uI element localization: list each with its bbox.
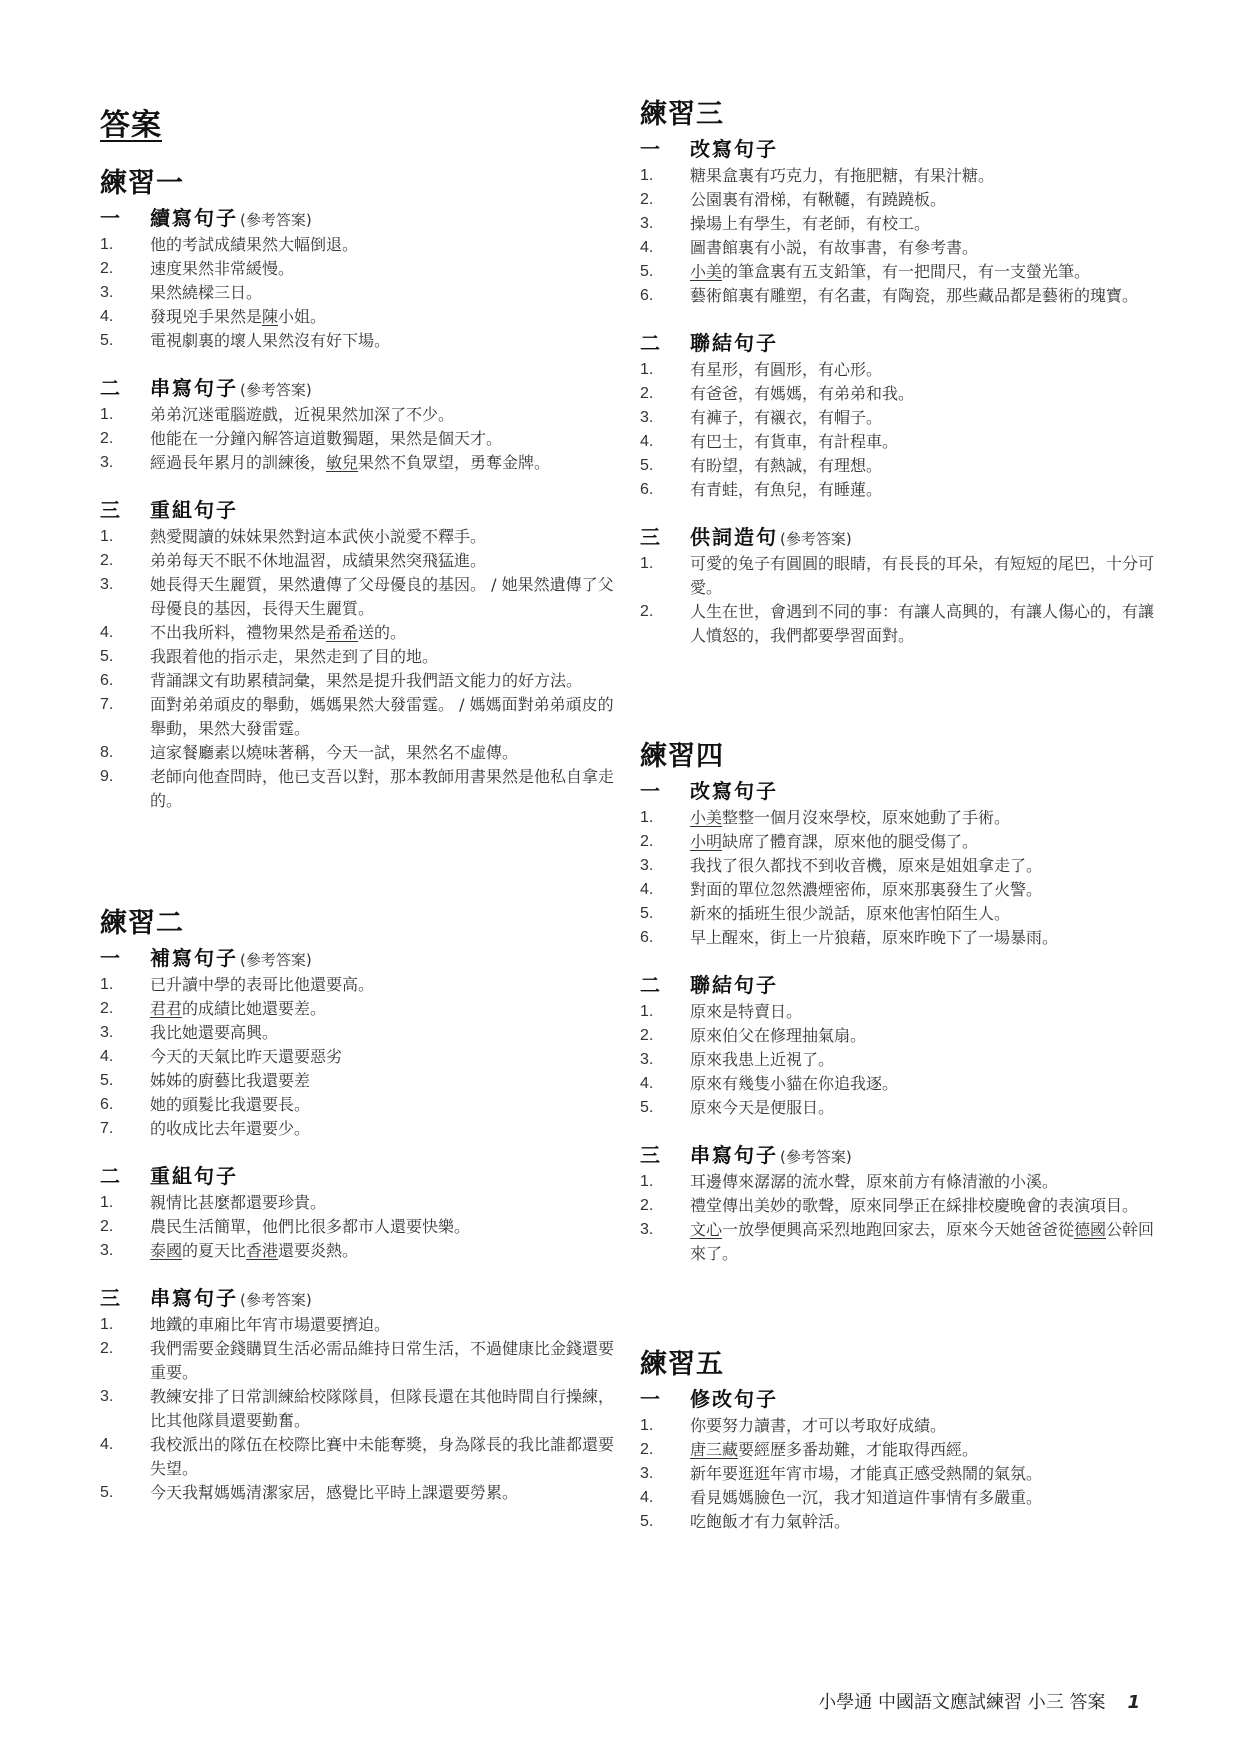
exercise-1: 練習一一續寫句子(參考答案)1.他的考試成績果然大幅倒退。2.速度果然非常緩慢。… bbox=[100, 165, 620, 813]
item-text: 背誦課文有助累積詞彙，果然是提升我們語文能力的好方法。 bbox=[150, 669, 620, 693]
item-text: 有青蛙，有魚兒，有睡蓮。 bbox=[690, 478, 1160, 502]
section: 一修改句子1.你要努力讀書，才可以考取好成績。2.唐三藏要經歷多番劫難，才能取得… bbox=[640, 1384, 1160, 1534]
answer-item: 3.果然繞樑三日。 bbox=[100, 281, 620, 305]
item-number: 6. bbox=[640, 478, 690, 502]
section-title: 聯結句子 bbox=[690, 970, 778, 1000]
item-text: 對面的單位忽然濃煙密佈，原來那裏發生了火警。 bbox=[690, 878, 1160, 902]
answer-item: 2.公園裏有滑梯，有鞦韆，有蹺蹺板。 bbox=[640, 188, 1160, 212]
item-number: 8. bbox=[100, 741, 150, 765]
answer-item: 2.君君的成績比她還要差。 bbox=[100, 997, 620, 1021]
exercise-title: 練習四 bbox=[640, 738, 1160, 776]
item-number: 4. bbox=[100, 305, 150, 329]
item-number: 3. bbox=[640, 854, 690, 878]
item-text: 我找了很久都找不到收音機，原來是姐姐拿走了。 bbox=[690, 854, 1160, 878]
answer-item: 4.我校派出的隊伍在校際比賽中未能奪獎，身為隊長的我比誰都還要失望。 bbox=[100, 1433, 620, 1481]
section-title: 串寫句子 bbox=[690, 1140, 778, 1170]
section: 一改寫句子1.小美整整一個月沒來學校，原來她動了手術。2.小明缺席了體育課，原來… bbox=[640, 776, 1160, 950]
item-text: 弟弟沉迷電腦遊戲，近視果然加深了不少。 bbox=[150, 403, 620, 427]
answer-item: 1.你要努力讀書，才可以考取好成績。 bbox=[640, 1414, 1160, 1438]
section-heading: 三重組句子 bbox=[100, 495, 620, 525]
item-number: 3. bbox=[640, 406, 690, 430]
answer-item: 6.早上醒來，街上一片狼藉，原來昨晚下了一場暴雨。 bbox=[640, 926, 1160, 950]
item-number: 2. bbox=[640, 1438, 690, 1462]
answer-item: 3.文心一放學便興高采烈地跑回家去，原來今天她爸爸從德國公幹回來了。 bbox=[640, 1218, 1160, 1266]
page-footer: 小學通 中國語文應試練習 小三 答案1 bbox=[760, 1688, 1140, 1714]
section-note: (參考答案) bbox=[780, 1142, 852, 1172]
exercise-3: 練習三一改寫句子1.糖果盒裏有巧克力，有拖肥糖，有果汁糖。2.公園裏有滑梯，有鞦… bbox=[640, 96, 1160, 648]
answer-item: 3.新年要逛逛年宵市場，才能真正感受熱鬧的氣氛。 bbox=[640, 1462, 1160, 1486]
section-title: 聯結句子 bbox=[690, 328, 778, 358]
section-note: (參考答案) bbox=[240, 1285, 312, 1315]
section-number: 三 bbox=[640, 1140, 690, 1170]
proper-noun: 唐三藏 bbox=[690, 1440, 738, 1459]
section-gap bbox=[100, 1263, 620, 1283]
item-text: 新來的插班生很少説話，原來他害怕陌生人。 bbox=[690, 902, 1160, 926]
item-text: 公園裏有滑梯，有鞦韆，有蹺蹺板。 bbox=[690, 188, 1160, 212]
section-title: 串寫句子 bbox=[150, 1283, 238, 1313]
item-number: 1. bbox=[640, 1170, 690, 1194]
section-gap bbox=[640, 308, 1160, 328]
answer-item: 1.原來是特賣日。 bbox=[640, 1000, 1160, 1024]
item-text: 操場上有學生，有老師，有校工。 bbox=[690, 212, 1160, 236]
section-number: 三 bbox=[640, 522, 690, 552]
answer-item: 1.可愛的兔子有圓圓的眼睛，有長長的耳朵，有短短的尾巴，十分可愛。 bbox=[640, 552, 1160, 600]
proper-noun: 敏兒 bbox=[326, 453, 358, 472]
section-number: 一 bbox=[100, 203, 150, 233]
item-text: 君君的成績比她還要差。 bbox=[150, 997, 620, 1021]
answer-item: 3.有褲子，有襯衣，有帽子。 bbox=[640, 406, 1160, 430]
section: 三重組句子1.熱愛閱讀的妹妹果然對這本武俠小説愛不釋手。2.弟弟每天不眠不休地温… bbox=[100, 495, 620, 813]
section: 二串寫句子(參考答案)1.弟弟沉迷電腦遊戲，近視果然加深了不少。2.他能在一分鐘… bbox=[100, 373, 620, 475]
answer-item: 1.弟弟沉迷電腦遊戲，近視果然加深了不少。 bbox=[100, 403, 620, 427]
item-number: 3. bbox=[100, 451, 150, 475]
answer-item: 4.今天的天氣比昨天還要惡劣 bbox=[100, 1045, 620, 1069]
item-number: 5. bbox=[100, 645, 150, 669]
proper-noun: 德國 bbox=[1074, 1220, 1106, 1239]
item-number: 5. bbox=[100, 1069, 150, 1093]
answer-item: 2.小明缺席了體育課，原來他的腿受傷了。 bbox=[640, 830, 1160, 854]
answer-item: 2.速度果然非常緩慢。 bbox=[100, 257, 620, 281]
item-text: 有盼望，有熱誠，有理想。 bbox=[690, 454, 1160, 478]
item-text: 我跟着他的指示走，果然走到了目的地。 bbox=[150, 645, 620, 669]
answer-item: 1.耳邊傳來潺潺的流水聲，原來前方有條清澈的小溪。 bbox=[640, 1170, 1160, 1194]
item-number: 5. bbox=[640, 902, 690, 926]
section-heading: 二聯結句子 bbox=[640, 970, 1160, 1000]
item-text: 面對弟弟頑皮的舉動，媽媽果然大發雷霆。 / 媽媽面對弟弟頑皮的舉動，果然大發雷霆… bbox=[150, 693, 620, 741]
section-title: 改寫句子 bbox=[690, 134, 778, 164]
answer-item: 4.圖書館裏有小説，有故事書，有參考書。 bbox=[640, 236, 1160, 260]
section-heading: 三串寫句子(參考答案) bbox=[640, 1140, 1160, 1170]
item-text: 熱愛閱讀的妹妹果然對這本武俠小説愛不釋手。 bbox=[150, 525, 620, 549]
item-number: 4. bbox=[100, 1045, 150, 1069]
item-text: 地鐵的車廂比年宵市場還要擠迫。 bbox=[150, 1313, 620, 1337]
item-text: 藝術館裏有雕塑，有名畫，有陶瓷，那些藏品都是藝術的瑰寶。 bbox=[690, 284, 1160, 308]
answer-item: 2.原來伯父在修理抽氣扇。 bbox=[640, 1024, 1160, 1048]
item-number: 2. bbox=[640, 1194, 690, 1218]
exercise-title: 練習二 bbox=[100, 905, 620, 943]
proper-noun: 希希 bbox=[326, 623, 358, 642]
item-text: 早上醒來，街上一片狼藉，原來昨晚下了一場暴雨。 bbox=[690, 926, 1160, 950]
item-text: 他的考試成績果然大幅倒退。 bbox=[150, 233, 620, 257]
exercise-5: 練習五一修改句子1.你要努力讀書，才可以考取好成績。2.唐三藏要經歷多番劫難，才… bbox=[640, 1346, 1160, 1534]
exercise-2: 練習二一補寫句子(參考答案)1.已升讀中學的表哥比他還要高。2.君君的成績比她還… bbox=[100, 905, 620, 1505]
item-number: 4. bbox=[640, 1486, 690, 1510]
answer-item: 3.我比她還要高興。 bbox=[100, 1021, 620, 1045]
item-text: 農民生活簡單，他們比很多都市人還要快樂。 bbox=[150, 1215, 620, 1239]
section-note: (參考答案) bbox=[240, 375, 312, 405]
answer-item: 4.原來有幾隻小貓在你追我逐。 bbox=[640, 1072, 1160, 1096]
item-number: 3. bbox=[100, 1021, 150, 1045]
section: 三供詞造句(參考答案)1.可愛的兔子有圓圓的眼睛，有長長的耳朵，有短短的尾巴，十… bbox=[640, 522, 1160, 648]
item-number: 2. bbox=[100, 1215, 150, 1239]
item-text: 的收成比去年還要少。 bbox=[150, 1117, 620, 1141]
item-text: 已升讀中學的表哥比他還要高。 bbox=[150, 973, 620, 997]
item-text: 泰國的夏天比香港還要炎熱。 bbox=[150, 1239, 620, 1263]
answer-item: 1.熱愛閱讀的妹妹果然對這本武俠小説愛不釋手。 bbox=[100, 525, 620, 549]
item-number: 2. bbox=[100, 997, 150, 1021]
item-text: 你要努力讀書，才可以考取好成績。 bbox=[690, 1414, 1160, 1438]
section-title: 重組句子 bbox=[150, 1161, 238, 1191]
answer-item: 4.發現兇手果然是陳小姐。 bbox=[100, 305, 620, 329]
item-text: 原來今天是便服日。 bbox=[690, 1096, 1160, 1120]
answer-item: 6.背誦課文有助累積詞彙，果然是提升我們語文能力的好方法。 bbox=[100, 669, 620, 693]
section-title: 續寫句子 bbox=[150, 203, 238, 233]
item-number: 6. bbox=[640, 926, 690, 950]
section-note: (參考答案) bbox=[240, 205, 312, 235]
answer-item: 3.原來我患上近視了。 bbox=[640, 1048, 1160, 1072]
section-number: 一 bbox=[640, 1384, 690, 1414]
answer-item: 3.我找了很久都找不到收音機，原來是姐姐拿走了。 bbox=[640, 854, 1160, 878]
answer-item: 5.今天我幫媽媽清潔家居，感覺比平時上課還要勞累。 bbox=[100, 1481, 620, 1505]
answer-item: 9.老師向他查問時，他已支吾以對，那本教師用書果然是他私自拿走的。 bbox=[100, 765, 620, 813]
answer-item: 7.的收成比去年還要少。 bbox=[100, 1117, 620, 1141]
section-note: (參考答案) bbox=[780, 524, 852, 554]
item-text: 果然繞樑三日。 bbox=[150, 281, 620, 305]
section: 一續寫句子(參考答案)1.他的考試成績果然大幅倒退。2.速度果然非常緩慢。3.果… bbox=[100, 203, 620, 353]
answer-item: 3.教練安排了日常訓練給校隊隊員，但隊長還在其他時間自行操練，比其他隊員還要勤奮… bbox=[100, 1385, 620, 1433]
item-text: 弟弟每天不眠不休地温習，成績果然突飛猛進。 bbox=[150, 549, 620, 573]
footer-text: 小學通 中國語文應試練習 小三 答案 bbox=[818, 1692, 1105, 1713]
section-heading: 三供詞造句(參考答案) bbox=[640, 522, 1160, 552]
item-text: 人生在世，會遇到不同的事：有讓人高興的，有讓人傷心的，有讓人憤怒的，我們都要學習… bbox=[690, 600, 1160, 648]
section-number: 二 bbox=[640, 328, 690, 358]
section: 三串寫句子(參考答案)1.耳邊傳來潺潺的流水聲，原來前方有條清澈的小溪。2.禮堂… bbox=[640, 1140, 1160, 1266]
item-text: 有爸爸，有媽媽，有弟弟和我。 bbox=[690, 382, 1160, 406]
item-text: 圖書館裏有小説，有故事書，有參考書。 bbox=[690, 236, 1160, 260]
answer-item: 3.泰國的夏天比香港還要炎熱。 bbox=[100, 1239, 620, 1263]
answer-item: 3.她長得天生麗質，果然遺傳了父母優良的基因。 / 她果然遺傳了父母優良的基因，… bbox=[100, 573, 620, 621]
item-text: 發現兇手果然是陳小姐。 bbox=[150, 305, 620, 329]
item-text: 原來我患上近視了。 bbox=[690, 1048, 1160, 1072]
section-gap bbox=[100, 475, 620, 495]
item-number: 4. bbox=[640, 236, 690, 260]
item-number: 2. bbox=[100, 427, 150, 451]
exercise-title: 練習三 bbox=[640, 96, 1160, 134]
answer-item: 1.小美整整一個月沒來學校，原來她動了手術。 bbox=[640, 806, 1160, 830]
answer-item: 1.有星形，有圓形，有心形。 bbox=[640, 358, 1160, 382]
item-text: 她長得天生麗質，果然遺傳了父母優良的基因。 / 她果然遺傳了父母優良的基因，長得… bbox=[150, 573, 620, 621]
item-text: 小美的筆盒裏有五支鉛筆，有一把間尺，有一支螢光筆。 bbox=[690, 260, 1160, 284]
item-text: 小美整整一個月沒來學校，原來她動了手術。 bbox=[690, 806, 1160, 830]
item-number: 6. bbox=[100, 669, 150, 693]
item-number: 4. bbox=[640, 1072, 690, 1096]
answer-item: 5.有盼望，有熱誠，有理想。 bbox=[640, 454, 1160, 478]
item-text: 有褲子，有襯衣，有帽子。 bbox=[690, 406, 1160, 430]
answer-item: 1.親情比甚麼都還要珍貴。 bbox=[100, 1191, 620, 1215]
item-number: 3. bbox=[640, 1462, 690, 1486]
item-text: 新年要逛逛年宵市場，才能真正感受熱鬧的氣氛。 bbox=[690, 1462, 1160, 1486]
answer-item: 2.唐三藏要經歷多番劫難，才能取得西經。 bbox=[640, 1438, 1160, 1462]
proper-noun: 小明 bbox=[690, 832, 722, 851]
item-number: 2. bbox=[640, 382, 690, 406]
item-text: 老師向他查問時，他已支吾以對，那本教師用書果然是他私自拿走的。 bbox=[150, 765, 620, 813]
answer-item: 6.有青蛙，有魚兒，有睡蓮。 bbox=[640, 478, 1160, 502]
item-number: 6. bbox=[100, 1093, 150, 1117]
item-text: 今天我幫媽媽清潔家居，感覺比平時上課還要勞累。 bbox=[150, 1481, 620, 1505]
item-number: 3. bbox=[640, 212, 690, 236]
item-text: 教練安排了日常訓練給校隊隊員，但隊長還在其他時間自行操練，比其他隊員還要勤奮。 bbox=[150, 1385, 620, 1433]
item-number: 2. bbox=[100, 549, 150, 573]
item-number: 3. bbox=[100, 1385, 150, 1433]
item-text: 糖果盒裏有巧克力，有拖肥糖，有果汁糖。 bbox=[690, 164, 1160, 188]
item-number: 1. bbox=[100, 973, 150, 997]
item-number: 1. bbox=[640, 552, 690, 600]
section-gap bbox=[100, 1141, 620, 1161]
answer-item: 1.已升讀中學的表哥比他還要高。 bbox=[100, 973, 620, 997]
proper-noun: 小美 bbox=[690, 262, 722, 281]
item-text: 原來有幾隻小貓在你追我逐。 bbox=[690, 1072, 1160, 1096]
section-number: 一 bbox=[640, 776, 690, 806]
answer-item: 1.地鐵的車廂比年宵市場還要擠迫。 bbox=[100, 1313, 620, 1337]
item-number: 1. bbox=[100, 1191, 150, 1215]
exercise-title: 練習五 bbox=[640, 1346, 1160, 1384]
item-text: 小明缺席了體育課，原來他的腿受傷了。 bbox=[690, 830, 1160, 854]
item-text: 這家餐廳素以燒味著稱，今天一試，果然名不虛傳。 bbox=[150, 741, 620, 765]
item-number: 5. bbox=[640, 1510, 690, 1534]
answer-item: 3.經過長年累月的訓練後，敏兒果然不負眾望，勇奪金牌。 bbox=[100, 451, 620, 475]
item-number: 2. bbox=[640, 1024, 690, 1048]
answer-item: 2.農民生活簡單，他們比很多都市人還要快樂。 bbox=[100, 1215, 620, 1239]
section: 一補寫句子(參考答案)1.已升讀中學的表哥比他還要高。2.君君的成績比她還要差。… bbox=[100, 943, 620, 1141]
item-text: 有巴士，有貨車，有計程車。 bbox=[690, 430, 1160, 454]
item-text: 她的頭髮比我還要長。 bbox=[150, 1093, 620, 1117]
answer-item: 2.弟弟每天不眠不休地温習，成績果然突飛猛進。 bbox=[100, 549, 620, 573]
item-text: 吃飽飯才有力氣幹活。 bbox=[690, 1510, 1160, 1534]
item-number: 2. bbox=[100, 257, 150, 281]
proper-noun: 小美 bbox=[690, 808, 722, 827]
item-text: 原來是特賣日。 bbox=[690, 1000, 1160, 1024]
answer-item: 4.看見媽媽臉色一沉，我才知道這件事情有多嚴重。 bbox=[640, 1486, 1160, 1510]
section: 二聯結句子1.原來是特賣日。2.原來伯父在修理抽氣扇。3.原來我患上近視了。4.… bbox=[640, 970, 1160, 1120]
item-text: 我校派出的隊伍在校際比賽中未能奪獎，身為隊長的我比誰都還要失望。 bbox=[150, 1433, 620, 1481]
item-number: 1. bbox=[640, 806, 690, 830]
item-text: 耳邊傳來潺潺的流水聲，原來前方有條清澈的小溪。 bbox=[690, 1170, 1160, 1194]
proper-noun: 陳 bbox=[262, 307, 278, 326]
item-text: 我比她還要高興。 bbox=[150, 1021, 620, 1045]
item-text: 原來伯父在修理抽氣扇。 bbox=[690, 1024, 1160, 1048]
section-gap bbox=[640, 1120, 1160, 1140]
section: 三串寫句子(參考答案)1.地鐵的車廂比年宵市場還要擠迫。2.我們需要金錢購買生活… bbox=[100, 1283, 620, 1505]
section-gap bbox=[100, 353, 620, 373]
item-number: 9. bbox=[100, 765, 150, 813]
item-number: 1. bbox=[100, 403, 150, 427]
answer-item: 2.人生在世，會遇到不同的事：有讓人高興的，有讓人傷心的，有讓人憤怒的，我們都要… bbox=[640, 600, 1160, 648]
section-number: 三 bbox=[100, 1283, 150, 1313]
item-number: 5. bbox=[100, 1481, 150, 1505]
item-number: 4. bbox=[100, 621, 150, 645]
section-heading: 一補寫句子(參考答案) bbox=[100, 943, 620, 973]
exercise-4: 練習四一改寫句子1.小美整整一個月沒來學校，原來她動了手術。2.小明缺席了體育課… bbox=[640, 738, 1160, 1266]
item-number: 2. bbox=[100, 1337, 150, 1385]
exercise-title: 練習一 bbox=[100, 165, 620, 203]
item-number: 7. bbox=[100, 1117, 150, 1141]
item-number: 4. bbox=[640, 878, 690, 902]
item-text: 經過長年累月的訓練後，敏兒果然不負眾望，勇奪金牌。 bbox=[150, 451, 620, 475]
item-text: 我們需要金錢購買生活必需品維持日常生活，不過健康比金錢還要重要。 bbox=[150, 1337, 620, 1385]
proper-noun: 君君 bbox=[150, 999, 182, 1018]
item-number: 4. bbox=[640, 430, 690, 454]
proper-noun: 香港 bbox=[246, 1241, 278, 1260]
answer-item: 5.新來的插班生很少説話，原來他害怕陌生人。 bbox=[640, 902, 1160, 926]
answer-item: 5.小美的筆盒裏有五支鉛筆，有一把間尺，有一支螢光筆。 bbox=[640, 260, 1160, 284]
item-number: 1. bbox=[100, 1313, 150, 1337]
answer-item: 2.我們需要金錢購買生活必需品維持日常生活，不過健康比金錢還要重要。 bbox=[100, 1337, 620, 1385]
section-number: 一 bbox=[100, 943, 150, 973]
section-title: 修改句子 bbox=[690, 1384, 778, 1414]
section-heading: 一改寫句子 bbox=[640, 134, 1160, 164]
section-heading: 二串寫句子(參考答案) bbox=[100, 373, 620, 403]
item-number: 1. bbox=[640, 1414, 690, 1438]
answer-item: 3.操場上有學生，有老師，有校工。 bbox=[640, 212, 1160, 236]
item-number: 1. bbox=[640, 164, 690, 188]
section-number: 三 bbox=[100, 495, 150, 525]
answer-item: 4.不出我所料，禮物果然是希希送的。 bbox=[100, 621, 620, 645]
section-title: 供詞造句 bbox=[690, 522, 778, 552]
item-number: 1. bbox=[640, 358, 690, 382]
item-number: 1. bbox=[100, 525, 150, 549]
item-number: 3. bbox=[640, 1048, 690, 1072]
proper-noun: 文心 bbox=[690, 1220, 722, 1239]
section-title: 改寫句子 bbox=[690, 776, 778, 806]
item-number: 3. bbox=[100, 573, 150, 621]
item-text: 禮堂傳出美妙的歌聲，原來同學正在綵排校慶晚會的表演項目。 bbox=[690, 1194, 1160, 1218]
answer-item: 6.她的頭髮比我還要長。 bbox=[100, 1093, 620, 1117]
section-title: 串寫句子 bbox=[150, 373, 238, 403]
item-text: 唐三藏要經歷多番劫難，才能取得西經。 bbox=[690, 1438, 1160, 1462]
section-heading: 三串寫句子(參考答案) bbox=[100, 1283, 620, 1313]
section-number: 二 bbox=[640, 970, 690, 1000]
item-text: 可愛的兔子有圓圓的眼睛，有長長的耳朵，有短短的尾巴，十分可愛。 bbox=[690, 552, 1160, 600]
page-number: 1 bbox=[1127, 1692, 1140, 1713]
section-gap bbox=[640, 502, 1160, 522]
section-title: 補寫句子 bbox=[150, 943, 238, 973]
answer-item: 2.禮堂傳出美妙的歌聲，原來同學正在綵排校慶晚會的表演項目。 bbox=[640, 1194, 1160, 1218]
section-heading: 一修改句子 bbox=[640, 1384, 1160, 1414]
page-title: 答案 bbox=[100, 100, 162, 144]
item-text: 不出我所料，禮物果然是希希送的。 bbox=[150, 621, 620, 645]
section-number: 一 bbox=[640, 134, 690, 164]
section-heading: 一續寫句子(參考答案) bbox=[100, 203, 620, 233]
answer-item: 1.他的考試成績果然大幅倒退。 bbox=[100, 233, 620, 257]
item-number: 6. bbox=[640, 284, 690, 308]
item-number: 7. bbox=[100, 693, 150, 741]
section-heading: 一改寫句子 bbox=[640, 776, 1160, 806]
section-number: 二 bbox=[100, 373, 150, 403]
item-text: 姊姊的廚藝比我還要差 bbox=[150, 1069, 620, 1093]
section-number: 二 bbox=[100, 1161, 150, 1191]
item-number: 4. bbox=[100, 1433, 150, 1481]
item-number: 3. bbox=[100, 281, 150, 305]
item-number: 2. bbox=[640, 600, 690, 648]
item-number: 1. bbox=[100, 233, 150, 257]
answer-item: 5.原來今天是便服日。 bbox=[640, 1096, 1160, 1120]
section-title: 重組句子 bbox=[150, 495, 238, 525]
item-text: 有星形，有圓形，有心形。 bbox=[690, 358, 1160, 382]
answer-item: 8.這家餐廳素以燒味著稱，今天一試，果然名不虛傳。 bbox=[100, 741, 620, 765]
section-gap bbox=[640, 950, 1160, 970]
item-text: 今天的天氣比昨天還要惡劣 bbox=[150, 1045, 620, 1069]
answer-item: 5.姊姊的廚藝比我還要差 bbox=[100, 1069, 620, 1093]
item-text: 電視劇裏的壞人果然沒有好下場。 bbox=[150, 329, 620, 353]
answer-item: 4.對面的單位忽然濃煙密佈，原來那裏發生了火警。 bbox=[640, 878, 1160, 902]
section-note: (參考答案) bbox=[240, 945, 312, 975]
answer-item: 5.我跟着他的指示走，果然走到了目的地。 bbox=[100, 645, 620, 669]
answer-item: 2.有爸爸，有媽媽，有弟弟和我。 bbox=[640, 382, 1160, 406]
item-number: 3. bbox=[100, 1239, 150, 1263]
section-heading: 二聯結句子 bbox=[640, 328, 1160, 358]
item-text: 親情比甚麼都還要珍貴。 bbox=[150, 1191, 620, 1215]
proper-noun: 泰國 bbox=[150, 1241, 182, 1260]
answer-item: 5.吃飽飯才有力氣幹活。 bbox=[640, 1510, 1160, 1534]
item-text: 他能在一分鐘內解答這道數獨題，果然是個天才。 bbox=[150, 427, 620, 451]
answer-item: 6.藝術館裏有雕塑，有名畫，有陶瓷，那些藏品都是藝術的瑰寶。 bbox=[640, 284, 1160, 308]
item-number: 1. bbox=[640, 1000, 690, 1024]
item-text: 文心一放學便興高采烈地跑回家去，原來今天她爸爸從德國公幹回來了。 bbox=[690, 1218, 1160, 1266]
item-number: 2. bbox=[640, 830, 690, 854]
item-number: 5. bbox=[640, 1096, 690, 1120]
section: 二聯結句子1.有星形，有圓形，有心形。2.有爸爸，有媽媽，有弟弟和我。3.有褲子… bbox=[640, 328, 1160, 502]
answer-item: 2.他能在一分鐘內解答這道數獨題，果然是個天才。 bbox=[100, 427, 620, 451]
section: 一改寫句子1.糖果盒裏有巧克力，有拖肥糖，有果汁糖。2.公園裏有滑梯，有鞦韆，有… bbox=[640, 134, 1160, 308]
section-heading: 二重組句子 bbox=[100, 1161, 620, 1191]
section: 二重組句子1.親情比甚麼都還要珍貴。2.農民生活簡單，他們比很多都市人還要快樂。… bbox=[100, 1161, 620, 1263]
answer-item: 1.糖果盒裏有巧克力，有拖肥糖，有果汁糖。 bbox=[640, 164, 1160, 188]
item-number: 5. bbox=[640, 260, 690, 284]
answer-item: 4.有巴士，有貨車，有計程車。 bbox=[640, 430, 1160, 454]
answer-item: 5.電視劇裏的壞人果然沒有好下場。 bbox=[100, 329, 620, 353]
item-number: 2. bbox=[640, 188, 690, 212]
item-number: 5. bbox=[640, 454, 690, 478]
item-text: 看見媽媽臉色一沉，我才知道這件事情有多嚴重。 bbox=[690, 1486, 1160, 1510]
item-text: 速度果然非常緩慢。 bbox=[150, 257, 620, 281]
item-number: 3. bbox=[640, 1218, 690, 1266]
item-number: 5. bbox=[100, 329, 150, 353]
answer-item: 7.面對弟弟頑皮的舉動，媽媽果然大發雷霆。 / 媽媽面對弟弟頑皮的舉動，果然大發… bbox=[100, 693, 620, 741]
